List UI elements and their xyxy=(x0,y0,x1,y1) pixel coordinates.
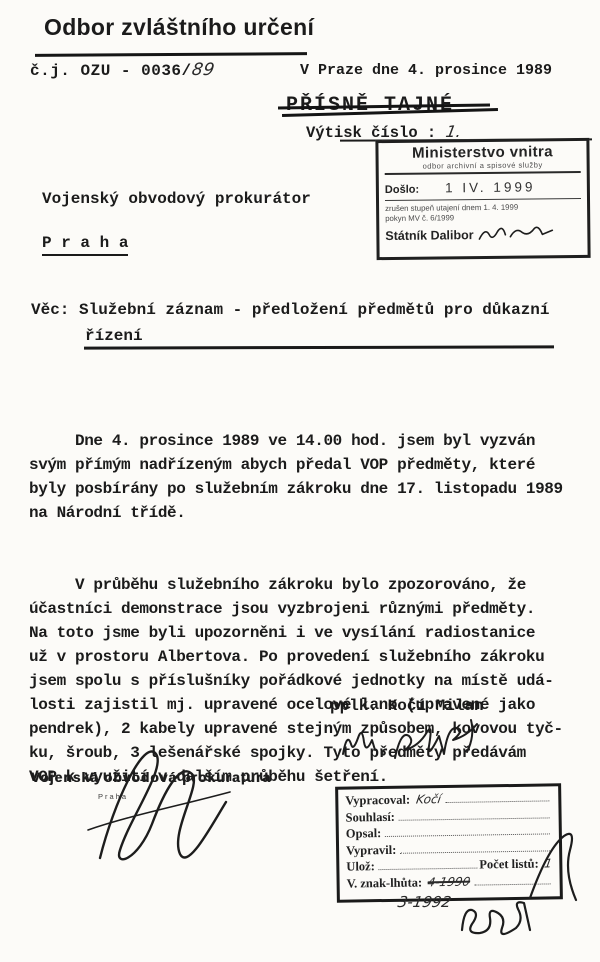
dotted-leader xyxy=(399,817,550,820)
routing-label: Opsal: xyxy=(346,826,382,842)
scanned-letter-page: Odbor zvláštního určení č.j. OZU - 0036/… xyxy=(0,0,600,962)
subject-block: Věc: Služební záznam - předložení předmě… xyxy=(31,297,550,349)
ministry-stamp-received-row: Došlo: 1 IV. 1999 xyxy=(385,179,581,201)
subject-text: Služební záznam - předložení předmětů pr… xyxy=(79,301,549,319)
ministry-stamp-subtitle: odbor archivní a spisové služby xyxy=(385,160,581,175)
classification-stamp: PŘÍSNĚ TAJNÉ xyxy=(286,94,454,117)
officer-signature-icon xyxy=(477,225,555,246)
ministry-stamp-officer-row: Státník Dalibor xyxy=(385,224,581,246)
reference-number-label: č.j. OZU - 0036/ xyxy=(30,62,192,80)
routing-label: V. znak-lhůta: xyxy=(347,875,423,891)
routing-label: Vypravil: xyxy=(346,842,396,858)
koci-signature-icon xyxy=(335,718,495,770)
routing-label: Vypracoval: xyxy=(345,793,410,809)
subject-line1: Věc: Služební záznam - předložení předmě… xyxy=(31,297,550,323)
letterhead-department: Odbor zvláštního určení xyxy=(44,14,314,41)
subject-label: Věc: xyxy=(31,301,69,319)
letterhead-rule xyxy=(35,52,307,57)
typed-signature: pplk. Kočí Milan xyxy=(330,697,484,715)
addressee-city: P r a h a xyxy=(42,234,128,256)
place-and-date: V Praze dne 4. prosince 1989 xyxy=(300,62,552,79)
reference-number-handwritten: 89 xyxy=(190,60,216,80)
dotted-leader xyxy=(445,800,549,803)
body-paragraph-1: Dne 4. prosince 1989 ve 14.00 hod. jsem … xyxy=(29,429,591,525)
officer-name: Státník Dalibor xyxy=(385,229,473,244)
routing-label: Ulož: xyxy=(346,859,375,874)
ministry-stamp-title: Ministerstvo vnitra xyxy=(384,143,580,162)
prosecutor-signature-icon xyxy=(58,732,258,872)
declassification-note-line2: pokyn MV č. 6/1999 xyxy=(385,212,581,224)
routing-value-handwritten: Kočí xyxy=(415,792,442,806)
reference-number: č.j. OZU - 0036/89 xyxy=(30,60,214,80)
dotted-leader xyxy=(379,868,478,871)
ministry-stamp: Ministerstvo vnitra odbor archivní a spi… xyxy=(375,138,590,260)
received-date: 1 IV. 1999 xyxy=(445,179,535,195)
handwritten-date: 3-1992 xyxy=(396,893,452,911)
flourish-stroke-icon xyxy=(522,830,582,905)
addressee-recipient: Vojenský obvodový prokurátor xyxy=(42,190,311,208)
received-label: Došlo: xyxy=(385,184,419,196)
routing-label: Souhlasí: xyxy=(345,809,395,825)
